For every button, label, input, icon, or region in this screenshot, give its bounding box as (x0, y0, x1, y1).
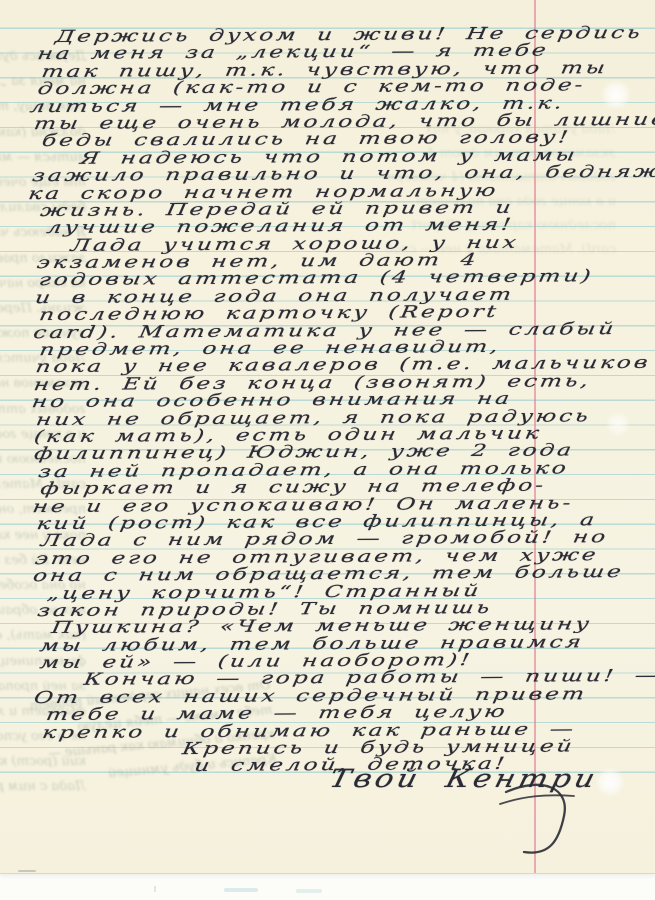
scan-smudge (296, 889, 322, 893)
scan-smudge (224, 888, 258, 892)
scan-smudge (154, 886, 156, 892)
signature-flourish (498, 782, 648, 870)
letter-body: Держись духом и живи! Не сердисьна меня … (27, 24, 642, 776)
scan-smudge (18, 870, 36, 872)
letter-page: Держись духом и живи! Не сердисьна меня … (0, 0, 655, 874)
